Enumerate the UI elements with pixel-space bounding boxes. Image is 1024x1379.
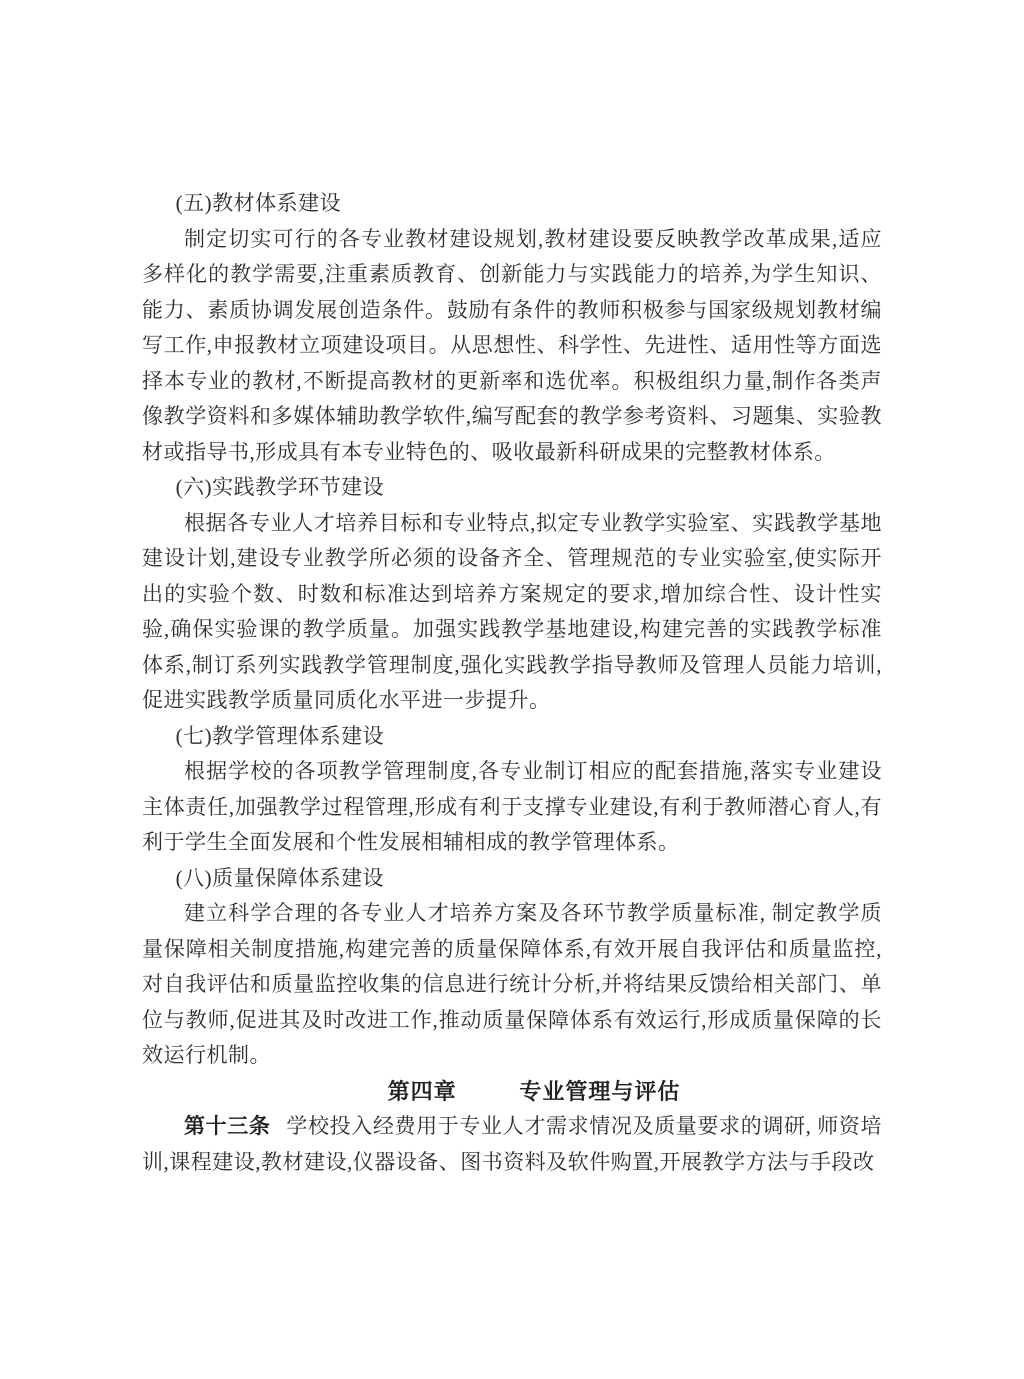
chapter-4-title: 专业管理与评估 [475, 1074, 680, 1110]
article-13-paragraph: 第十三条学校投入经费用于专业人才需求情况及质量要求的调研, 师资培训,课程建设,… [142, 1109, 882, 1180]
chapter-4-heading: 第四章专业管理与评估 [142, 1074, 882, 1110]
section-8-paragraph: 建立科学合理的各专业人才培养方案及各环节教学质量标准, 制定教学质量保障相关制度… [142, 896, 882, 1074]
section-5-paragraph: 制定切实可行的各专业教材建设规划,教材建设要反映教学改革成果,适应多样化的教学需… [142, 222, 882, 471]
section-7-heading: (七)教学管理体系建设 [142, 719, 882, 755]
section-6-paragraph: 根据各专业人才培养目标和专业特点,拟定专业教学实验室、实践教学基地建设计划,建设… [142, 506, 882, 719]
document-body: (五)教材体系建设 制定切实可行的各专业教材建设规划,教材建设要反映教学改革成果… [142, 186, 882, 1180]
document-page: (五)教材体系建设 制定切实可行的各专业教材建设规划,教材建设要反映教学改革成果… [0, 0, 1024, 1379]
section-5-heading: (五)教材体系建设 [142, 186, 882, 222]
section-8-heading: (八)质量保障体系建设 [142, 861, 882, 897]
section-6-heading: (六)实践教学环节建设 [142, 470, 882, 506]
chapter-4-label: 第四章 [388, 1079, 457, 1104]
article-13-number: 第十三条 [184, 1115, 271, 1138]
section-7-paragraph: 根据学校的各项教学管理制度,各专业制订相应的配套措施,落实专业建设主体责任,加强… [142, 754, 882, 861]
